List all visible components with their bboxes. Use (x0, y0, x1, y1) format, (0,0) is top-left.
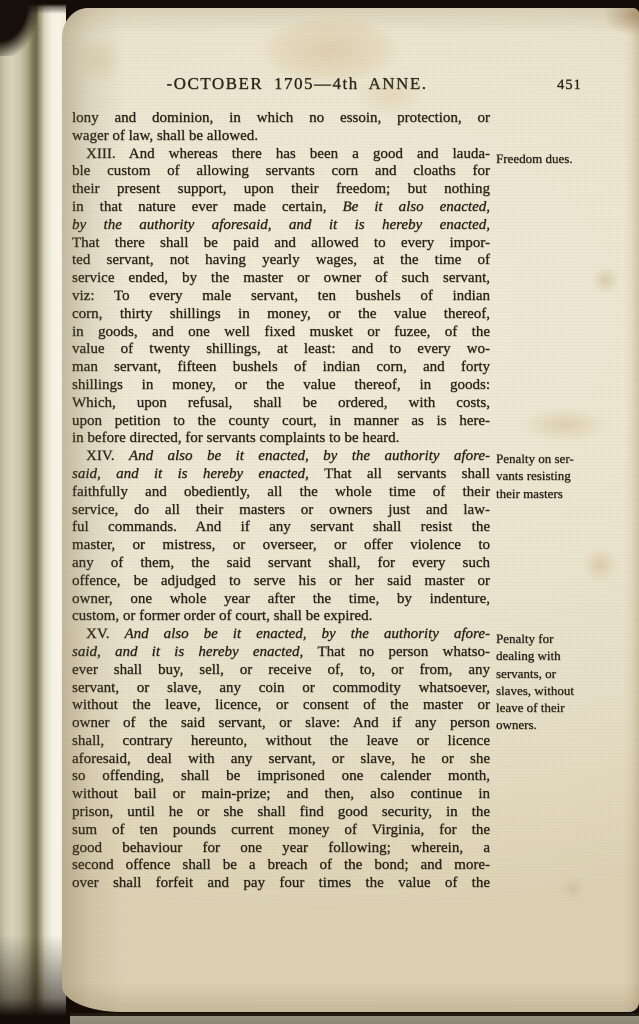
text-line: by the authority aforesaid, and it is he… (72, 217, 490, 235)
text-line: their present support, upon their freedo… (72, 181, 490, 199)
text-line: owner, one whole year after the time, by… (72, 591, 490, 609)
text-line: viz: To every male servant, ten bushels … (72, 288, 490, 306)
text-line: Which, upon refusal, shall be ordered, w… (72, 395, 490, 413)
text-line: service ended, by the master or owner of… (72, 270, 490, 288)
book-page: -OCTOBER 1705—4th ANNE. 451 lony and dom… (62, 8, 639, 1012)
text-line: in before directed, for servants complai… (72, 430, 490, 448)
text-line: so offending, shall be imprisoned one ca… (72, 768, 490, 786)
text-line: without bail or main-prize; and then, al… (72, 786, 490, 804)
text-line: upon petition to the county court, in ma… (72, 413, 490, 431)
margin-note-penalty-dealing: Penalty for dealing with servants, or sl… (496, 630, 628, 734)
text-line: shall, contrary hereunto, without the le… (72, 733, 490, 751)
text-line: second offence shall be a breach of the … (72, 857, 490, 875)
lower-page-edge (70, 1013, 639, 1024)
text-line: custom, or former order of court, shall … (72, 608, 490, 626)
text-line: shillings in money, or the value thereof… (72, 377, 490, 395)
running-header: -OCTOBER 1705—4th ANNE. (88, 74, 506, 94)
text-line: without the leave, licence, or consent o… (72, 697, 490, 715)
text-line: man servant, fifteen bushels of indian c… (72, 359, 490, 377)
book-photo: -OCTOBER 1705—4th ANNE. 451 lony and dom… (0, 0, 639, 1024)
text-line: ble custom of allowing servants corn and… (72, 163, 490, 181)
text-line: offence, be adjudged to serve his or her… (72, 573, 490, 591)
gutter-page-edges (0, 0, 66, 1024)
text-line: prison, until he or she shall find good … (72, 804, 490, 822)
text-line: sum of ten pounds current money of Virgi… (72, 822, 490, 840)
text-line: ever shall buy, sell, or receive of, to,… (72, 662, 490, 680)
text-line: lony and dominion, in which no essoin, p… (72, 110, 490, 128)
page-number: 451 (557, 77, 582, 94)
text-line: master, or mistress, or overseer, or off… (72, 537, 490, 555)
text-line: owner of the said servant, or slave: And… (72, 715, 490, 733)
text-line: said, and it is hereby enacted, That all… (72, 466, 490, 484)
text-line: faithfully and obediently, all the whole… (72, 484, 490, 502)
margin-note-freedom-dues: Freedom dues. (496, 150, 628, 167)
text-line: good behaviour for one year following; w… (72, 840, 490, 858)
text-line: service, do all their masters or owners … (72, 502, 490, 520)
text-line: any of them, the said servant shall, for… (72, 555, 490, 573)
text-line: over shall forfeit and pay four times th… (72, 875, 490, 893)
text-line: XIII. And whereas there has been a good … (72, 146, 490, 164)
text-line: That there shall be paid and allowed to … (72, 235, 490, 253)
text-line: aforesaid, deal with any servant, or sla… (72, 751, 490, 769)
text-line: corn, thirty shillings in money, or the … (72, 306, 490, 324)
text-line: servant, or slave, any coin or commodity… (72, 680, 490, 698)
text-line: XV. And also be it enacted, by the autho… (72, 626, 490, 644)
text-line: in goods, and one well fixed musket or f… (72, 324, 490, 342)
text-line: said, and it is hereby enacted, That no … (72, 644, 490, 662)
text-line: in that nature ever made certain, Be it … (72, 199, 490, 217)
body-text: lony and dominion, in which no essoin, p… (72, 110, 490, 893)
text-line: XIV. And also be it enacted, by the auth… (72, 448, 490, 466)
margin-note-penalty-resisting: Penalty on ser- vants resisting their ma… (496, 450, 628, 502)
text-line: ted servant, not having yearly wages, at… (72, 252, 490, 270)
text-line: ful commands. And if any servant shall r… (72, 519, 490, 537)
cover-shadow-top-left (0, 0, 38, 56)
text-line: wager of law, shall be allowed. (72, 128, 490, 146)
text-line: value of twenty shillings, at least: and… (72, 341, 490, 359)
